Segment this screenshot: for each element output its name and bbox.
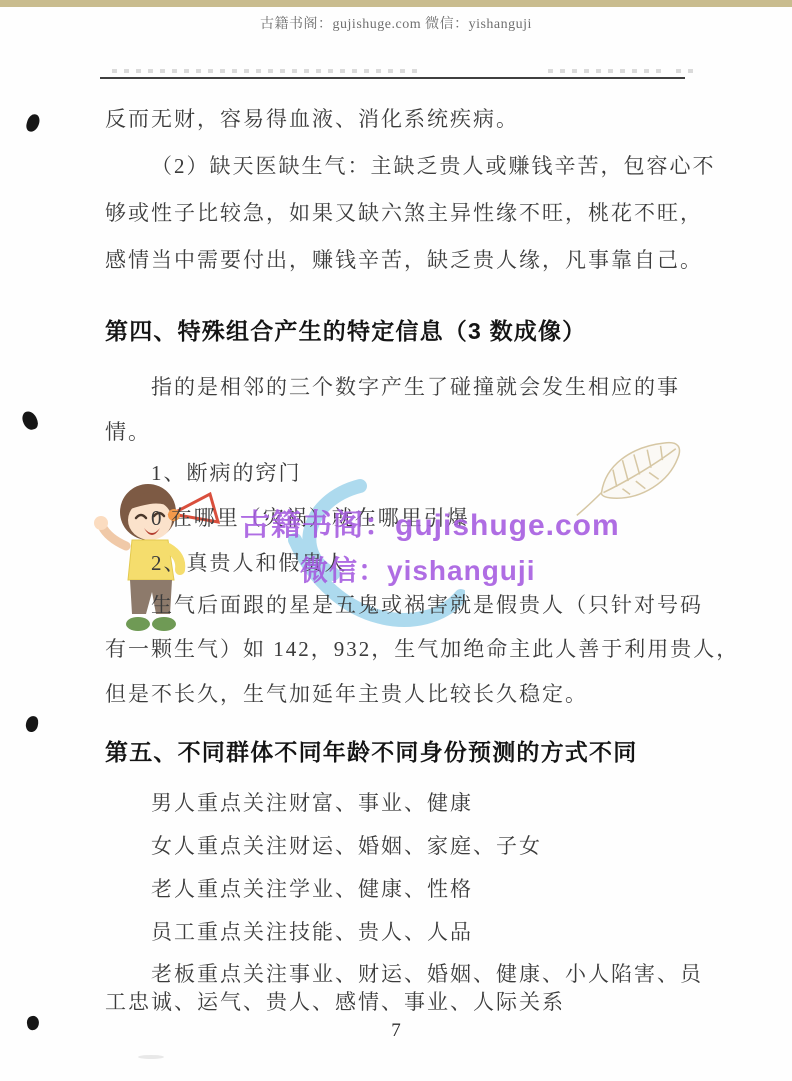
body-line: 工忠诚、运气、贵人、感情、事业、人际关系	[105, 987, 565, 1017]
watermark-wechat-text: 微信：yishanguji	[300, 549, 535, 589]
page-number: 7	[0, 1020, 792, 1042]
body-line: 指的是相邻的三个数字产生了碰撞就会发生相应的事	[151, 372, 680, 402]
page-header: 古籍书阁：gujishuge.com 微信：yishanguji	[0, 13, 792, 33]
body-line: 生气后面跟的星是五鬼或祸害就是假贵人（只针对号码	[151, 590, 703, 620]
scan-artifact-dot	[25, 113, 41, 133]
top-border-bar	[0, 0, 792, 7]
body-line: 但是不长久，生气加延年主贵人比较长久稳定。	[105, 679, 588, 709]
body-line: 感情当中需要付出，赚钱辛苦，缺乏贵人缘，凡事靠自己。	[105, 245, 703, 275]
section-heading-5: 第五、不同群体不同年龄不同身份预测的方式不同	[105, 735, 637, 769]
body-line: 反而无财，容易得血液、消化系统疾病。	[105, 104, 519, 134]
scan-residue-left	[112, 69, 422, 73]
scan-residue-right	[548, 69, 666, 73]
body-line: 老人重点关注学业、健康、性格	[151, 874, 473, 904]
body-line: 男人重点关注财富、事业、健康	[151, 788, 473, 818]
document-page: 古籍书阁：gujishuge.com 微信：yishanguji	[0, 0, 792, 1081]
section-heading-4: 第四、特殊组合产生的特定信息（3 数成像）	[105, 314, 586, 348]
body-line: 1、断病的窍门	[151, 458, 302, 488]
scan-artifact-dot	[25, 715, 39, 733]
header-rule	[100, 77, 685, 79]
scan-smudge	[138, 1055, 164, 1059]
body-line: 有一颗生气）如 142，932，生气加绝命主此人善于利用贵人，	[105, 634, 739, 664]
body-line: 情。	[105, 417, 151, 447]
header-watermark-text: 古籍书阁：gujishuge.com 微信：yishanguji	[260, 17, 532, 32]
scan-artifact-dot	[20, 409, 39, 431]
body-line: （2）缺天医缺生气：主缺乏贵人或赚钱辛苦，包容心不	[151, 151, 716, 181]
body-line: 女人重点关注财运、婚姻、家庭、子女	[151, 831, 542, 861]
body-line: 老板重点关注事业、财运、婚姻、健康、小人陷害、员	[151, 959, 703, 989]
body-line: 够或性子比较急，如果又缺六煞主异性缘不旺，桃花不旺，	[105, 198, 703, 228]
body-line: 员工重点关注技能、贵人、人品	[151, 917, 473, 947]
scan-residue-edge	[676, 69, 698, 73]
watermark-site-text: 古籍书阁：gujishuge.com	[240, 500, 620, 544]
